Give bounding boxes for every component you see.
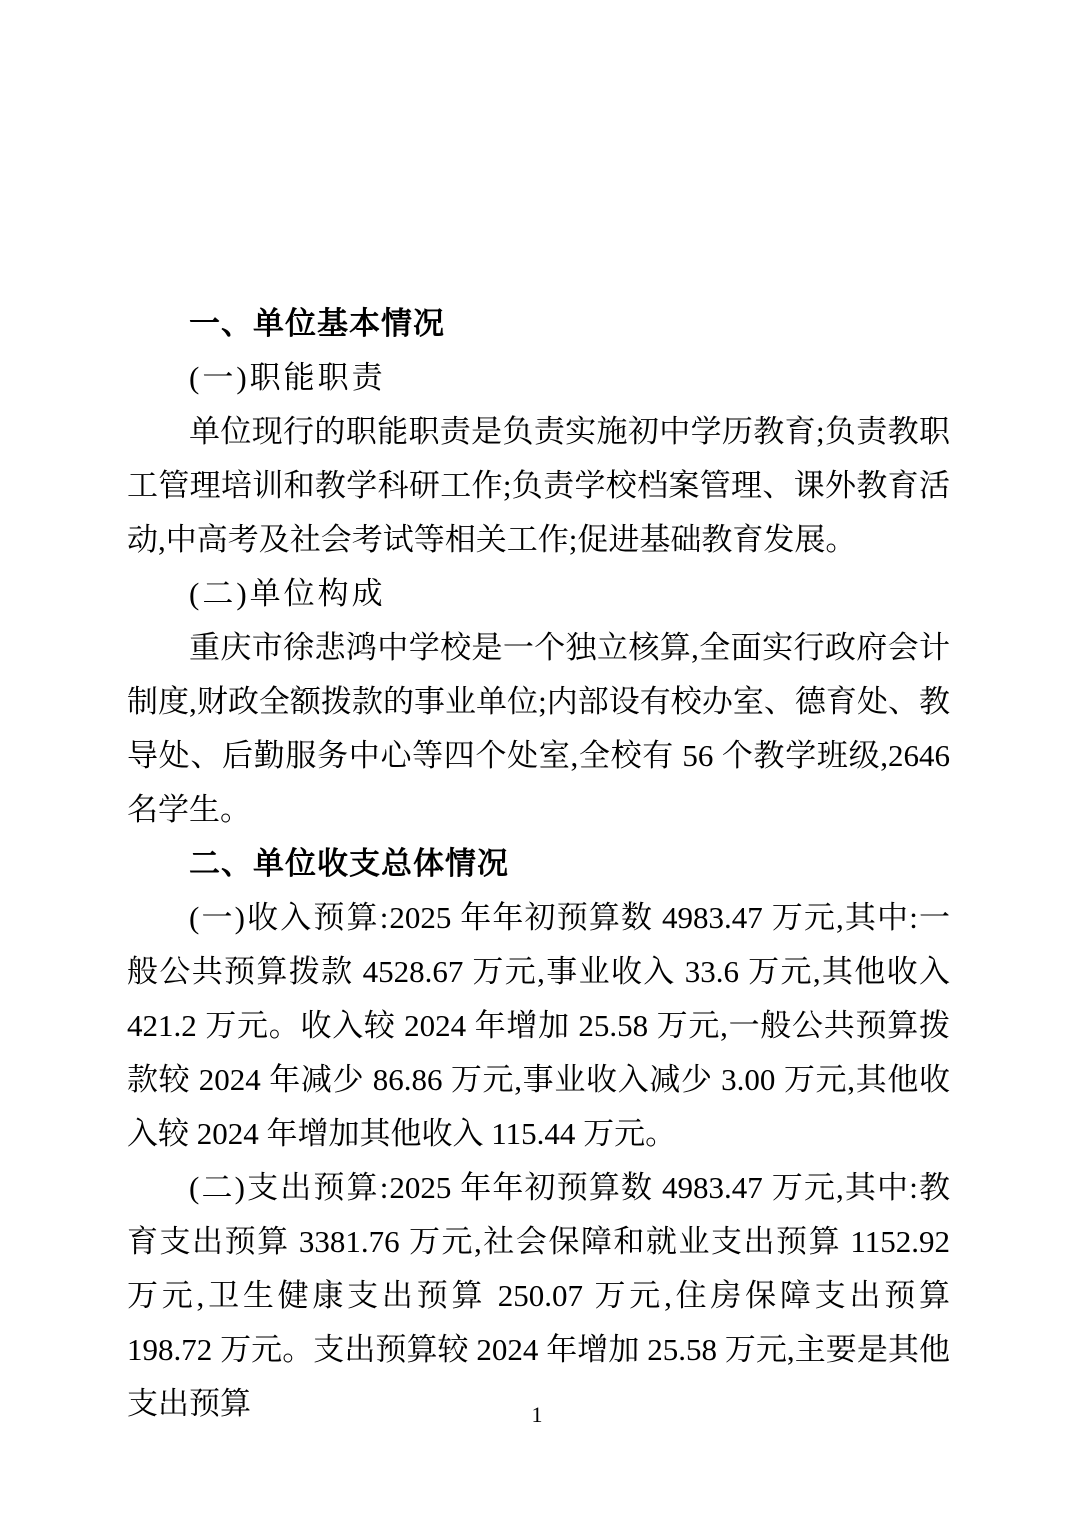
- subsection-heading-duties: (一)职能职责: [127, 351, 950, 405]
- section-heading-unit-basic-info: 一、单位基本情况: [127, 297, 950, 351]
- page-number: 1: [532, 1402, 543, 1427]
- revenue-budget-text: 2025 年年初预算数 4983.47 万元,其中:一般公共预算拨款 4528.…: [127, 900, 950, 1151]
- paragraph-unit-composition: 重庆市徐悲鸿中学校是一个独立核算,全面实行政府会计制度,财政全额拨款的事业单位;…: [127, 621, 950, 837]
- paragraph-revenue-budget: (一)收入预算:2025 年年初预算数 4983.47 万元,其中:一般公共预算…: [127, 891, 950, 1161]
- subsection-heading-unit-composition: (二)单位构成: [127, 567, 950, 621]
- document-page: 一、单位基本情况 (一)职能职责 单位现行的职能职责是负责实施初中学历教育;负责…: [0, 0, 1074, 1520]
- document-body: 一、单位基本情况 (一)职能职责 单位现行的职能职责是负责实施初中学历教育;负责…: [127, 297, 950, 1431]
- paragraph-duties: 单位现行的职能职责是负责实施初中学历教育;负责教职工管理培训和教学科研工作;负责…: [127, 405, 950, 567]
- expenditure-budget-text: 2025 年年初预算数 4983.47 万元,其中:教育支出预算 3381.76…: [127, 1170, 950, 1421]
- expenditure-budget-lead-in: (二)支出预算:: [189, 1170, 389, 1205]
- section-heading-revenue-expenditure-overview: 二、单位收支总体情况: [127, 837, 950, 891]
- paragraph-expenditure-budget: (二)支出预算:2025 年年初预算数 4983.47 万元,其中:教育支出预算…: [127, 1161, 950, 1431]
- page-footer: 1: [0, 1400, 1074, 1430]
- revenue-budget-lead-in: (一)收入预算:: [189, 900, 389, 935]
